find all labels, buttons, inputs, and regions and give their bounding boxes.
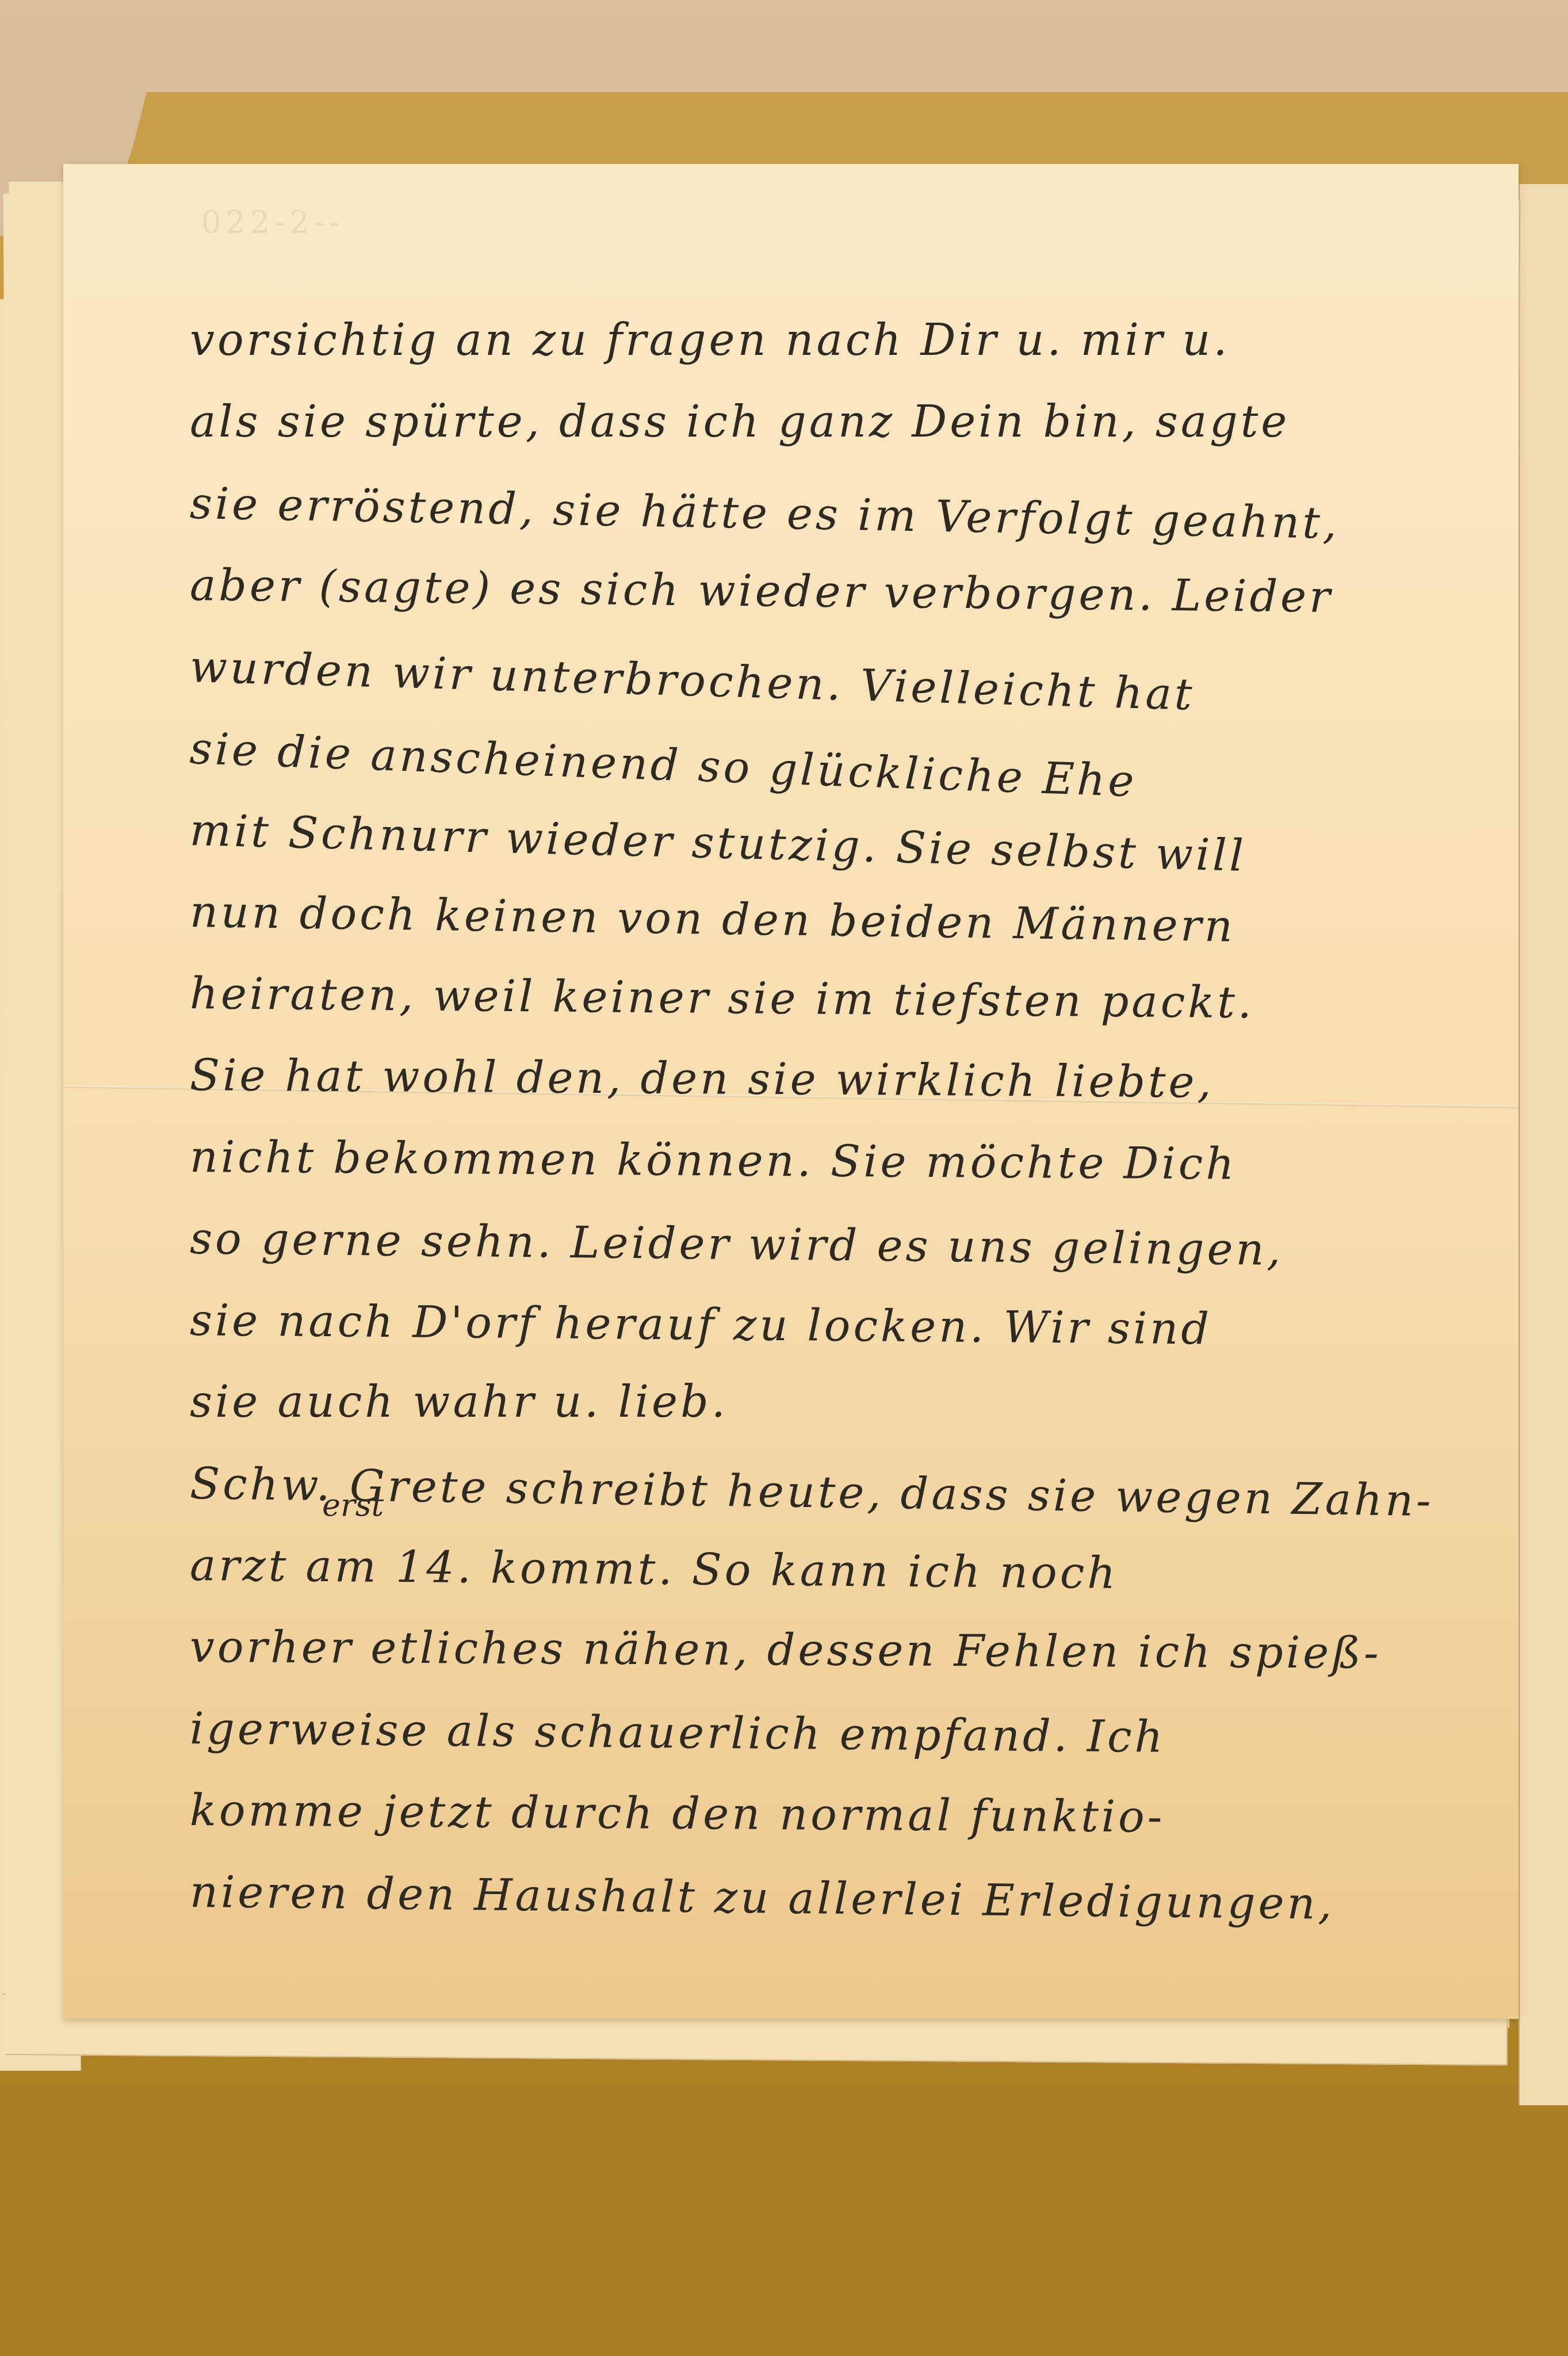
text-line: vorher etliches nähen, dessen Fehlen ich… <box>190 1606 1479 1695</box>
text-line: aber (sagte) es sich wieder verborgen. L… <box>189 544 1478 639</box>
letter-page: 022-2-- vorsichtig an zu fragen nach Dir… <box>63 164 1519 2019</box>
text-line: heiraten, weil keiner sie im tiefsten pa… <box>189 953 1478 1046</box>
text-line: sie nach D'orf herauf zu locken. Wir sin… <box>189 1279 1478 1372</box>
handwritten-text: vorsichtig an zu fragen nach Dir u. mir … <box>190 299 1478 1933</box>
text-line: vorsichtig an zu fragen nach Dir u. mir … <box>190 299 1478 381</box>
text-line: so gerne sehn. Leider wird es uns geling… <box>189 1198 1478 1292</box>
text-line: Sie hat wohl den, den sie wirklich liebt… <box>190 1034 1479 1125</box>
text-line: sie auch wahr u. lieb. <box>190 1361 1478 1443</box>
text-line: komme jetzt durch den normal funktio- <box>190 1769 1479 1860</box>
text-line: nieren den Haushalt zu allerlei Erledigu… <box>189 1851 1478 1946</box>
faint-header: 022-2-- <box>201 204 344 240</box>
inserted-word: erst <box>322 1487 384 1523</box>
text-line: arzt am 14. kommt. So kann ich noch <box>189 1524 1478 1617</box>
text-line: igerweise als schauerlich empfand. Ich <box>189 1688 1478 1781</box>
adjacent-page-edge <box>1519 184 1568 2105</box>
text-line: als sie spürte, dass ich ganz Dein bin, … <box>190 381 1478 462</box>
text-line: nicht bekommen können. Sie möchte Dich <box>190 1116 1479 1207</box>
